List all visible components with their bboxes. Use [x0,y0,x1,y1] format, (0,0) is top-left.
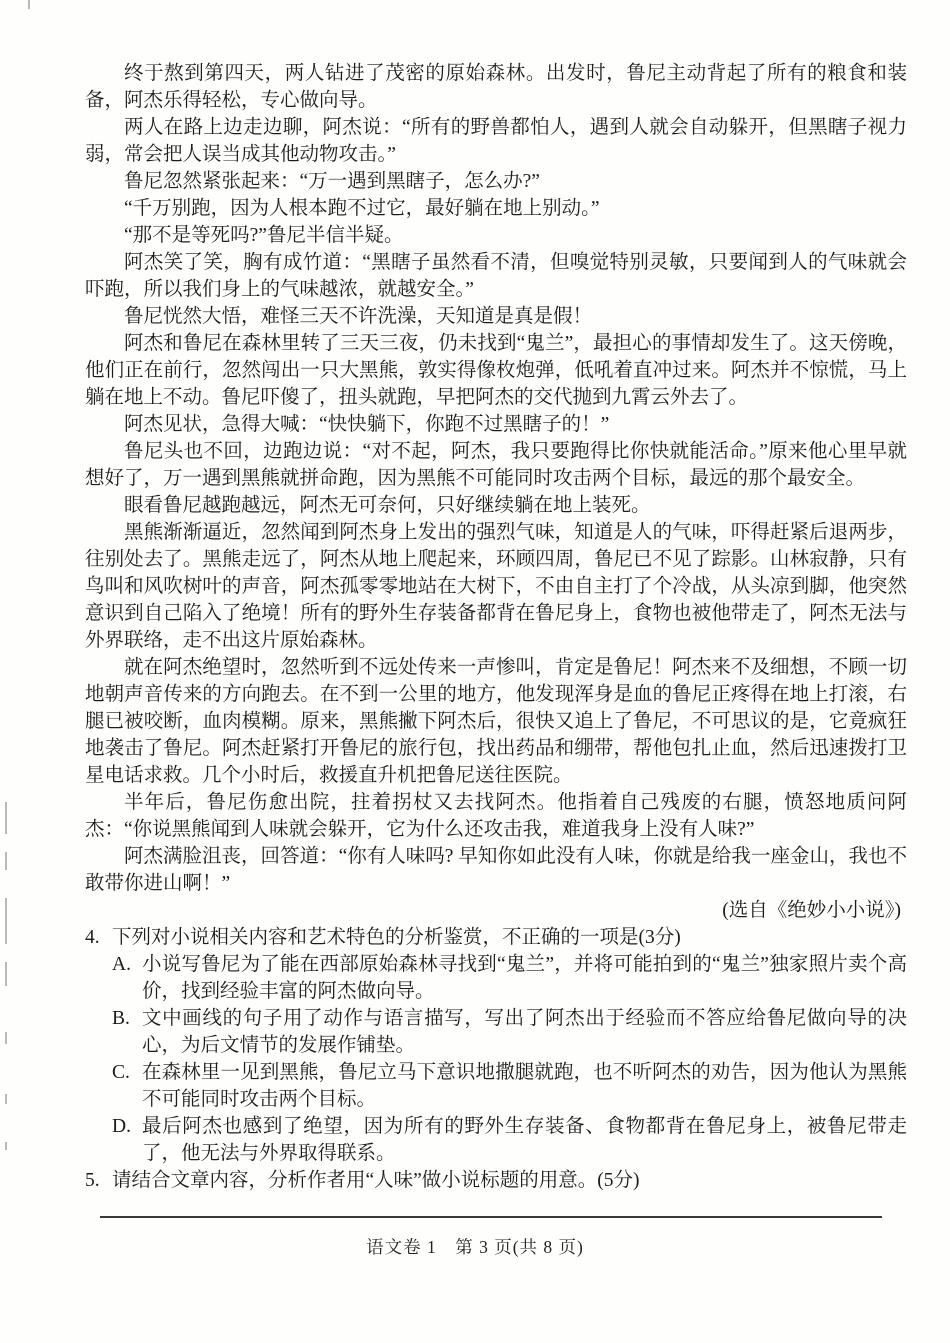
footer-divider [100,1216,882,1218]
passage-paragraph: 阿杰和鲁尼在森林里转了三天三夜，仍未找到“鬼兰”，最担心的事情却发生了。这天傍晚… [85,330,907,411]
scan-artifact [5,1032,7,1044]
passage-paragraph: 鲁尼恍然大悟，难怪三天不许洗澡，天知道是真是假！ [85,303,907,330]
scan-artifact [5,1142,7,1150]
passage-paragraph: 阿杰笑了笑，胸有成竹道：“黑瞎子虽然看不清，但嗅觉特别灵敏，只要闻到人的气味就会… [85,249,907,303]
passage-paragraph: 终于熬到第四天，两人钻进了茂密的原始森林。出发时，鲁尼主动背起了所有的粮食和装备… [85,60,907,114]
question-4-stem-row: 4. 下列对小说相关内容和艺术特色的分析鉴赏，不正确的一项是(3分) [85,924,907,951]
option-b: B. 文中画线的句子用了动作与语言描写，写出了阿杰出于经验而不答应给鲁尼做向导的… [112,1005,907,1059]
question-stem: 下列对小说相关内容和艺术特色的分析鉴赏，不正确的一项是(3分) [112,924,907,951]
scan-artifact [5,852,7,870]
scan-artifact [5,1094,7,1104]
scan-artifact [5,962,7,986]
option-text: 最后阿杰也感到了绝望，因为所有的野外生存装备、食物都背在鲁尼身上，被鲁尼带走了，… [142,1113,907,1167]
question-5-stem-row: 5. 请结合文章内容，分析作者用“人味”做小说标题的用意。(5分) [85,1167,907,1194]
exam-page: 终于熬到第四天，两人钻进了茂密的原始森林。出发时，鲁尼主动背起了所有的粮食和装备… [0,0,950,1343]
passage-paragraph: “千万别跑，因为人根本跑不过它，最好躺在地上别动。” [85,195,907,222]
option-text: 小说写鲁尼为了能在西部原始森林寻找到“鬼兰”，并将可能拍到的“鬼兰”独家照片卖个… [142,951,907,1005]
passage-paragraph: 眼看鲁尼越跑越远，阿杰无可奈何，只好继续躺在地上装死。 [85,492,907,519]
option-label: C. [112,1059,142,1086]
option-text: 文中画线的句子用了动作与语言描写，写出了阿杰出于经验而不答应给鲁尼做向导的决心，… [142,1005,907,1059]
option-label: A. [112,951,142,978]
option-d: D. 最后阿杰也感到了绝望，因为所有的野外生存装备、食物都背在鲁尼身上，被鲁尼带… [112,1113,907,1167]
question-4: 4. 下列对小说相关内容和艺术特色的分析鉴赏，不正确的一项是(3分) A. 小说… [85,924,907,1167]
question-number: 4. [85,924,112,951]
scan-artifact [28,0,30,9]
passage-paragraph: 鲁尼忽然紧张起来：“万一遇到黑瞎子，怎么办?” [85,168,907,195]
passage-paragraph: 就在阿杰绝望时，忽然听到不远处传来一声惨叫，肯定是鲁尼！阿杰来不及细想，不顾一切… [85,654,907,789]
option-label: D. [112,1113,142,1140]
passage-paragraph: 鲁尼头也不回，边跑边说：“对不起，阿杰，我只要跑得比你快就能活命。”原来他心里早… [85,438,907,492]
option-c: C. 在森林里一见到黑熊，鲁尼立马下意识地撒腿就跑，也不听阿杰的劝告，因为他认为… [112,1059,907,1113]
question-number: 5. [85,1167,112,1194]
passage-paragraph: 半年后，鲁尼伤愈出院，拄着拐杖又去找阿杰。他指着自己残废的右腿，愤怒地质问阿杰：… [85,789,907,843]
passage-paragraph: 黑熊渐渐逼近，忽然闻到阿杰身上发出的强烈气味，知道是人的气味，吓得赶紧后退两步，… [85,519,907,654]
question-5: 5. 请结合文章内容，分析作者用“人味”做小说标题的用意。(5分) [85,1167,907,1194]
question-4-options: A. 小说写鲁尼为了能在西部原始森林寻找到“鬼兰”，并将可能拍到的“鬼兰”独家照… [112,951,907,1167]
passage-attribution: (选自《绝妙小小说》) [85,897,907,924]
passage-paragraph: 阿杰见状，急得大喊：“快快躺下，你跑不过黑瞎子的！” [85,411,907,438]
option-label: B. [112,1005,142,1032]
page-footer: 语文卷 1 第 3 页(共 8 页) [0,1234,950,1259]
passage-paragraph: 两人在路上边走边聊，阿杰说：“所有的野兽都怕人，遇到人就会自动躲开，但黑瞎子视力… [85,114,907,168]
passage-paragraph: 阿杰满脸沮丧，回答道：“你有人味吗? 早知你如此没有人味，你就是给我一座金山，我… [85,843,907,897]
text-column: 终于熬到第四天，两人钻进了茂密的原始森林。出发时，鲁尼主动背起了所有的粮食和装备… [85,60,907,1194]
question-stem: 请结合文章内容，分析作者用“人味”做小说标题的用意。(5分) [112,1167,907,1194]
passage-paragraph: “那不是等死吗?”鲁尼半信半疑。 [85,222,907,249]
scan-artifact [5,898,7,944]
scan-artifact [5,802,7,834]
option-text: 在森林里一见到黑熊，鲁尼立马下意识地撒腿就跑，也不听阿杰的劝告，因为他认为黑熊不… [142,1059,907,1113]
option-a: A. 小说写鲁尼为了能在西部原始森林寻找到“鬼兰”，并将可能拍到的“鬼兰”独家照… [112,951,907,1005]
